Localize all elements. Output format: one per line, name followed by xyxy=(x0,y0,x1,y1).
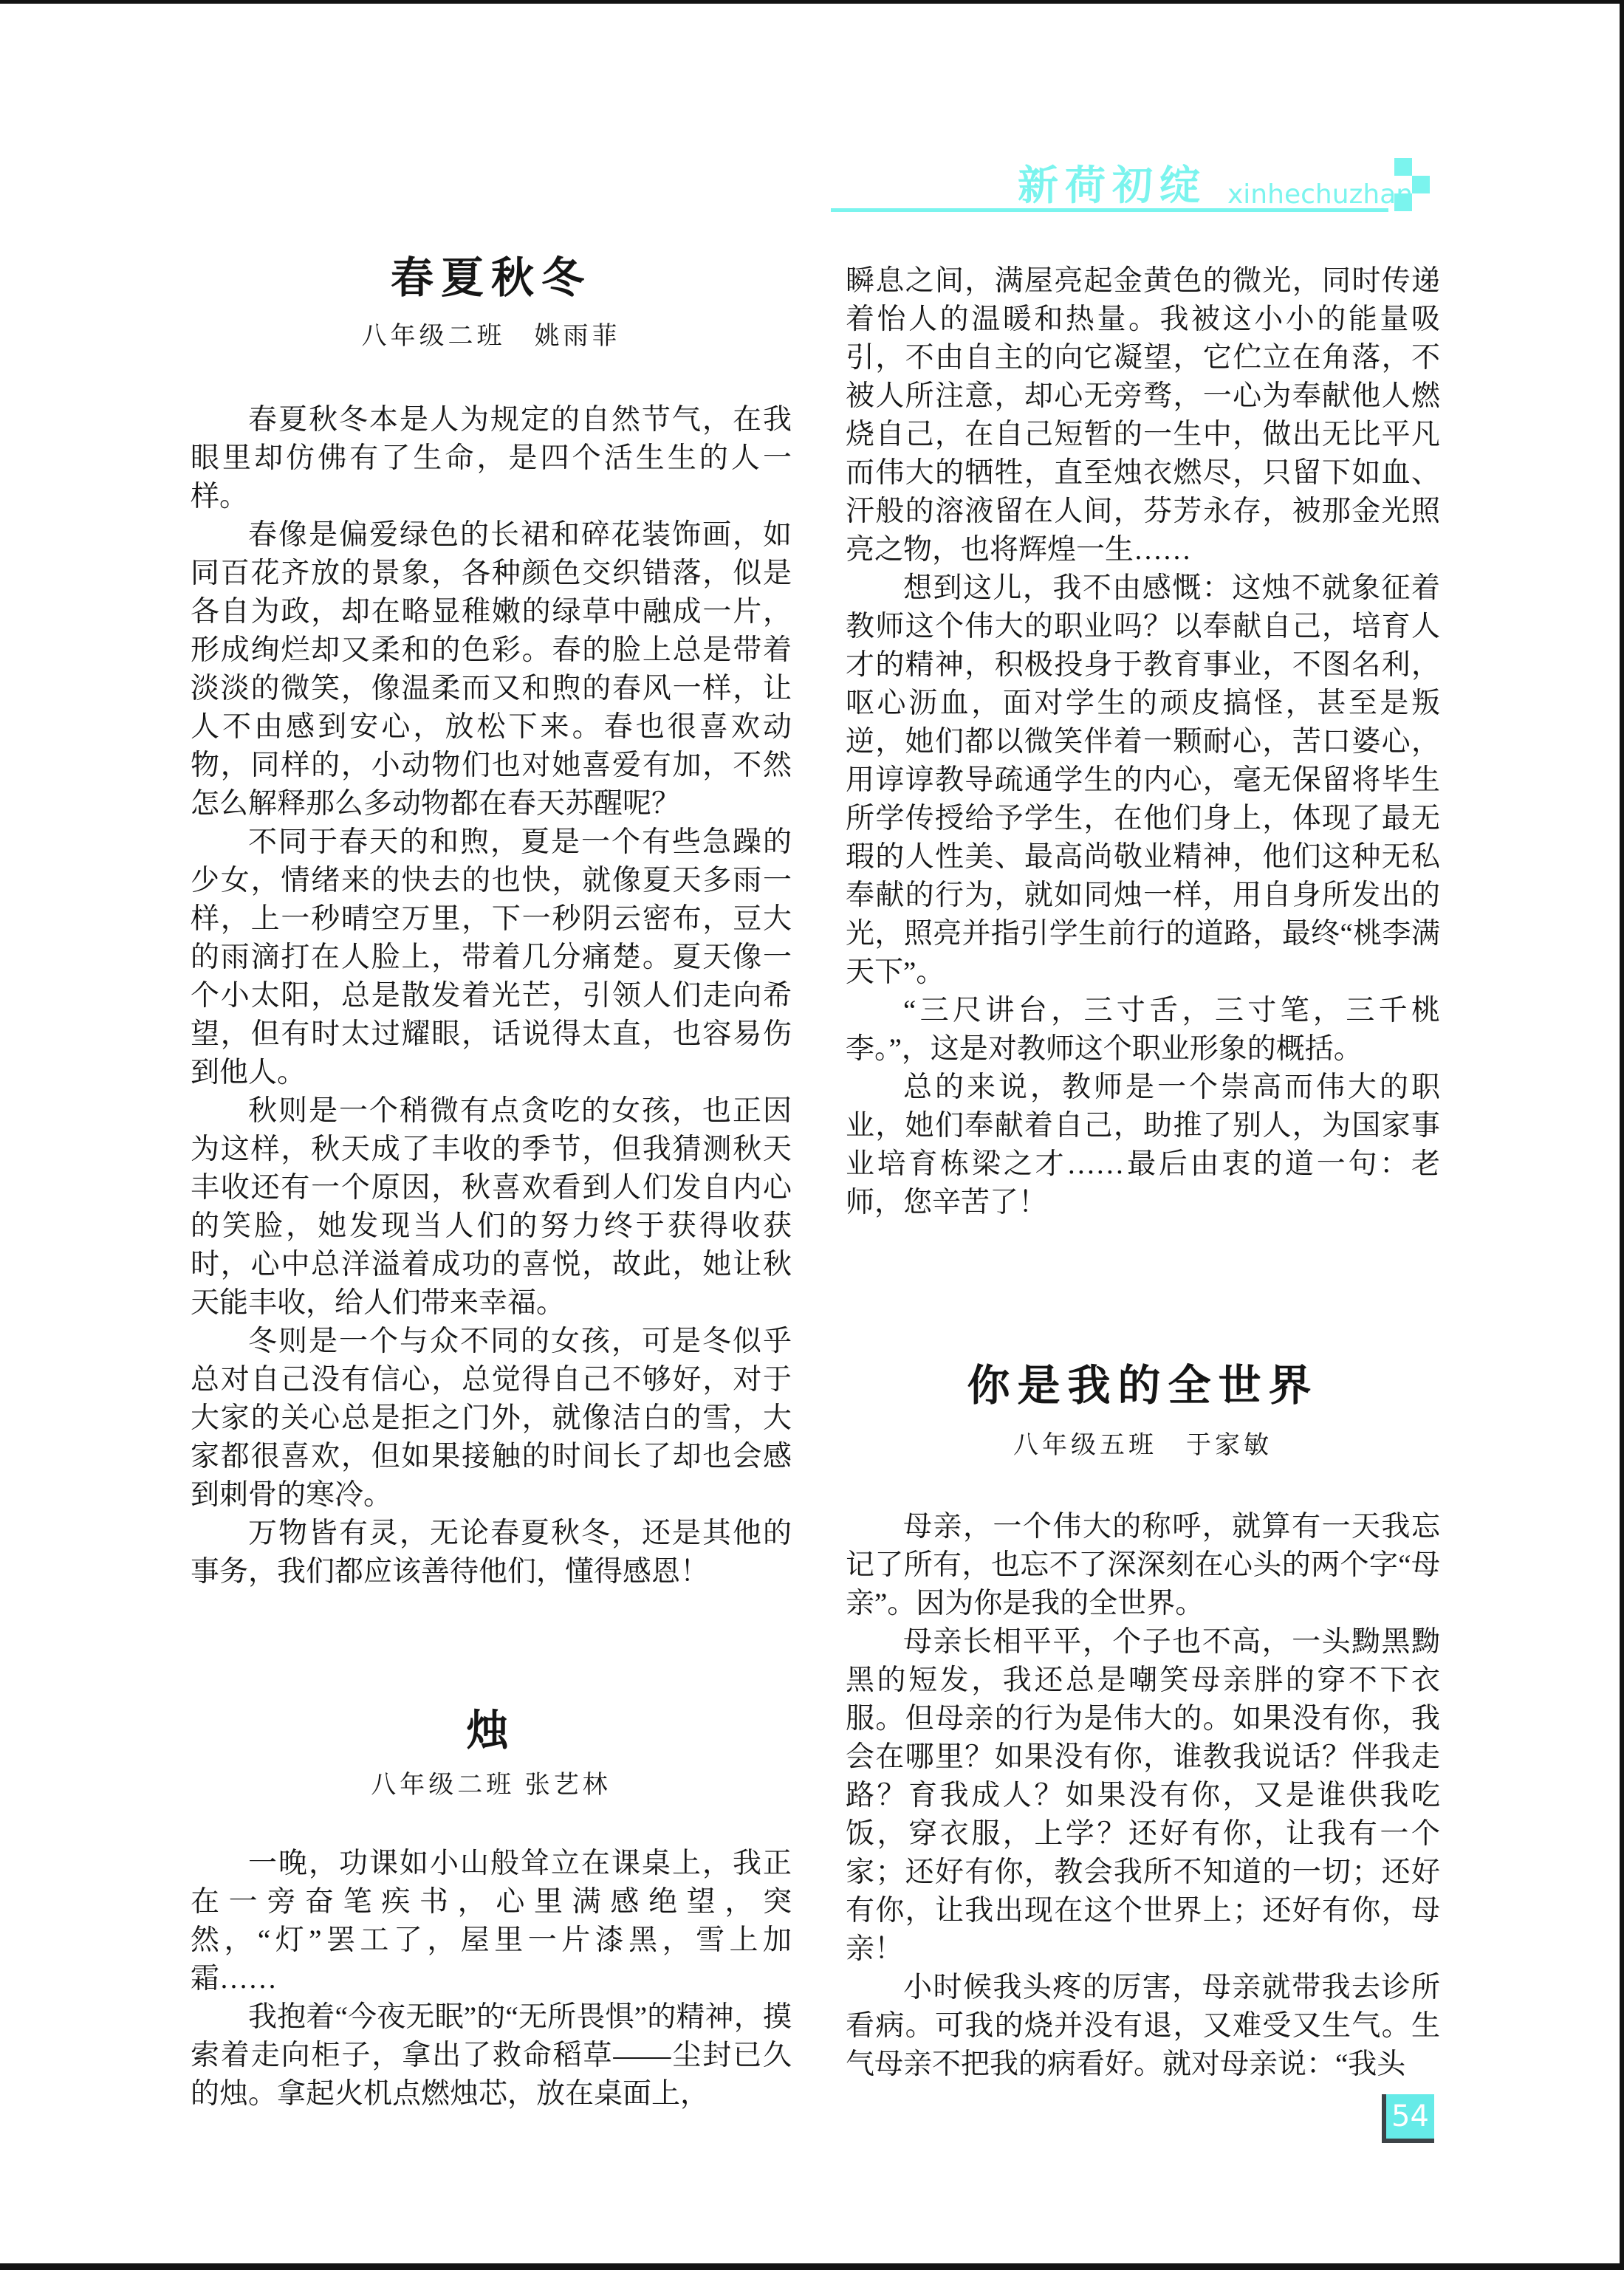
essay2-body-right: 瞬息之间，满屋亮起金黄色的微光，同时传递着怡人的温暖和热量。我被这小小的能量吸引… xyxy=(846,262,1440,1222)
essay2-title: 烛 xyxy=(191,1707,792,1755)
essay3-title: 你是我的全世界 xyxy=(846,1362,1440,1410)
essay-paragraph: 春夏秋冬本是人为规定的自然节气，在我眼里却仿佛有了生命，是四个活生生的人一样。 xyxy=(191,401,792,516)
decorative-square-icon xyxy=(1394,158,1412,176)
essay-paragraph-continuation: 瞬息之间，满屋亮起金黄色的微光，同时传递着怡人的温暖和热量。我被这小小的能量吸引… xyxy=(846,262,1440,569)
page-edge-top xyxy=(0,0,1624,4)
essay2-body-left: 一晚，功课如小山般耸立在课桌上，我正在一旁奋笔疾书，心里满感绝望，突然，“灯”罢… xyxy=(191,1845,792,2113)
section-title-chinese: 新荷初绽 xyxy=(1018,162,1207,208)
essay-paragraph: 母亲长相平平，个子也不高，一头黝黑黝黑的短发，我还总是嘲笑母亲胖的穿不下衣服。但… xyxy=(846,1623,1440,1969)
essay-paragraph: 小时候我头疼的厉害，母亲就带我去诊所看病。可我的烧并没有退，又难受又生气。生气母… xyxy=(846,1969,1440,2084)
essay-paragraph: 春像是偏爱绿色的长裙和碎花装饰画，如同百花齐放的景象，各种颜色交织错落，似是各自… xyxy=(191,516,792,823)
decorative-square-icon xyxy=(1412,176,1430,193)
essay1-body: 春夏秋冬本是人为规定的自然节气，在我眼里却仿佛有了生命，是四个活生生的人一样。 … xyxy=(191,401,792,1591)
essay-paragraph: 我抱着“今夜无眠”的“无所畏惧”的精神，摸索着走向柜子，拿出了救命稻草——尘封已… xyxy=(191,1998,792,2113)
decorative-square-icon xyxy=(1394,193,1412,211)
essay-paragraph: 总的来说，教师是一个崇高而伟大的职业，她们奉献着自己，助推了别人，为国家事业培育… xyxy=(846,1069,1440,1222)
page-edge-bottom xyxy=(0,2263,1624,2270)
essay-paragraph: 一晚，功课如小山般耸立在课桌上，我正在一旁奋笔疾书，心里满感绝望，突然，“灯”罢… xyxy=(191,1845,792,1998)
essay-paragraph: 万物皆有灵，无论春夏秋冬，还是其他的事务，我们都应该善待他们，懂得感恩！ xyxy=(191,1515,792,1591)
section-title-pinyin: xinhechuzhan xyxy=(1227,180,1413,210)
essay3-byline: 八年级五班 于家敏 xyxy=(846,1430,1440,1462)
essay-paragraph: “三尺讲台，三寸舌，三寸笔，三千桃李。”，这是对教师这个职业形象的概括。 xyxy=(846,992,1440,1069)
page-number-badge: 54 xyxy=(1382,2094,1434,2143)
essay-paragraph: 秋则是一个稍微有点贪吃的女孩，也正因为这样，秋天成了丰收的季节，但我猜测秋天丰收… xyxy=(191,1092,792,1323)
essay-paragraph: 不同于春天的和煦，夏是一个有些急躁的少女，情绪来的快去的也快，就像夏天多雨一样，… xyxy=(191,823,792,1092)
essay-paragraph: 想到这儿，我不由感慨：这烛不就象征着教师这个伟大的职业吗？以奉献自己，培育人才的… xyxy=(846,569,1440,992)
essay1-title: 春夏秋冬 xyxy=(191,255,792,302)
essay3-body: 母亲，一个伟大的称呼，就算有一天我忘记了所有，也忘不了深深刻在心头的两个字“母亲… xyxy=(846,1508,1440,2084)
essay1-byline: 八年级二班 姚雨菲 xyxy=(191,320,792,353)
essay-paragraph: 冬则是一个与众不同的女孩，可是冬似乎总对自己没有信心，总觉得自己不够好，对于大家… xyxy=(191,1323,792,1515)
page-edge-right xyxy=(1620,0,1624,2270)
essay-paragraph: 母亲，一个伟大的称呼，就算有一天我忘记了所有，也忘不了深深刻在心头的两个字“母亲… xyxy=(846,1508,1440,1623)
essay2-byline: 八年级二班 张艺林 xyxy=(191,1769,792,1802)
